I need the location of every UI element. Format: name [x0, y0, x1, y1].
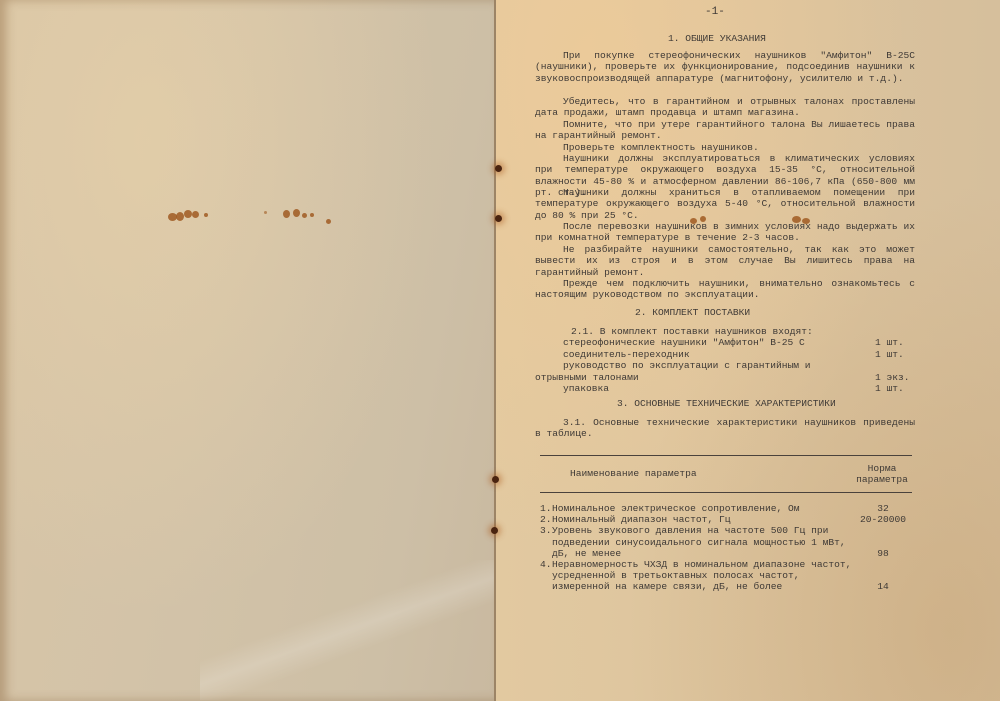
kit-item: руководство по эксплуатации с гарантийны…: [535, 360, 915, 371]
header-norm: Норма параметра: [852, 463, 912, 485]
kit-item-qty: 1 шт.: [875, 337, 915, 348]
paragraph: Проверьте комплектность наушников.: [535, 142, 915, 153]
row-param: Уровень звукового давления на частоте 50…: [552, 525, 854, 559]
section-3-intro: 3.1. Основные технические характеристики…: [535, 417, 915, 440]
kit-item: соединитель-переходник 1 шт.: [535, 349, 915, 360]
paper-crease: [200, 560, 500, 700]
paragraph: Не разбирайте наушники самостоятельно, т…: [535, 244, 915, 278]
page-number: -1-: [705, 6, 725, 18]
row-num: 2.: [540, 514, 552, 525]
header-parameter: Наименование параметра: [540, 468, 852, 479]
table-row: 1.Номинальное электрическое сопротивлени…: [540, 503, 912, 514]
table-row: 3.Уровень звукового давления на частоте …: [540, 525, 912, 559]
paragraph: Наушники должны храниться в отапливаемом…: [535, 187, 915, 221]
table-row: 2.Номинальный диапазон частот, Гц 20-200…: [540, 514, 912, 525]
kit-item: стереофонические наушники "Амфитон" В-25…: [535, 337, 915, 348]
paragraph: Прежде чем подключить наушники, внимател…: [535, 278, 915, 301]
row-value: 20-20000: [854, 514, 912, 525]
paragraph: Убедитесь, что в гарантийном и отрывных …: [535, 96, 915, 119]
kit-item: упаковка 1 шт.: [535, 383, 915, 394]
kit-list: 2.1. В комплект поставки наушников входя…: [535, 326, 915, 394]
kit-item-name: упаковка: [535, 383, 609, 394]
kit-item-name: руководство по эксплуатации с гарантийны…: [535, 360, 811, 371]
row-param: Неравномерность ЧХЗД в номинальном диапа…: [552, 559, 854, 593]
kit-item: отрывными талонами 1 экз.: [535, 372, 915, 383]
kit-item-name: соединитель-переходник: [535, 349, 690, 360]
row-value: 32: [854, 503, 912, 514]
row-num: 3.: [540, 525, 552, 559]
open-booklet: -1- 1. ОБЩИЕ УКАЗАНИЯ При покупке стерео…: [0, 0, 1000, 701]
table-row: 4.Неравномерность ЧХЗД в номинальном диа…: [540, 559, 912, 593]
row-num: 4.: [540, 559, 552, 593]
booklet-spine: [494, 0, 496, 701]
paragraph: Помните, что при утере гарантийного тало…: [535, 119, 915, 142]
row-num: 1.: [540, 503, 552, 514]
section-2-title: 2. КОМПЛЕКТ ПОСТАВКИ: [635, 307, 750, 318]
table-header: Наименование параметра Норма параметра: [540, 456, 912, 492]
kit-intro-text: 2.1. В комплект поставки наушников входя…: [571, 326, 813, 337]
section-1-title: 1. ОБЩИЕ УКАЗАНИЯ: [668, 33, 766, 44]
kit-item-qty: 1 шт.: [875, 383, 915, 394]
row-value: 98: [854, 548, 912, 559]
paragraph: После перевозки наушников в зимних услов…: [535, 221, 915, 244]
row-param: Номинальное электрическое сопротивление,…: [552, 503, 854, 514]
row-value: 14: [854, 581, 912, 592]
left-page-blank: [0, 0, 495, 701]
kit-item-name: стереофонические наушники "Амфитон" В-25…: [535, 337, 805, 348]
kit-item-qty: 1 экз.: [875, 372, 915, 383]
kit-intro: 2.1. В комплект поставки наушников входя…: [535, 326, 915, 337]
row-param: Номинальный диапазон частот, Гц: [552, 514, 854, 525]
kit-item-qty: [875, 360, 915, 371]
spec-table: Наименование параметра Норма параметра 1…: [540, 455, 912, 593]
kit-item-name: отрывными талонами: [535, 372, 639, 383]
section-3-title: 3. ОСНОВНЫЕ ТЕХНИЧЕСКИЕ ХАРАКТЕРИСТИКИ: [617, 398, 836, 409]
paragraph: При покупке стереофонических наушников "…: [535, 50, 915, 84]
kit-item-qty: 1 шт.: [875, 349, 915, 360]
